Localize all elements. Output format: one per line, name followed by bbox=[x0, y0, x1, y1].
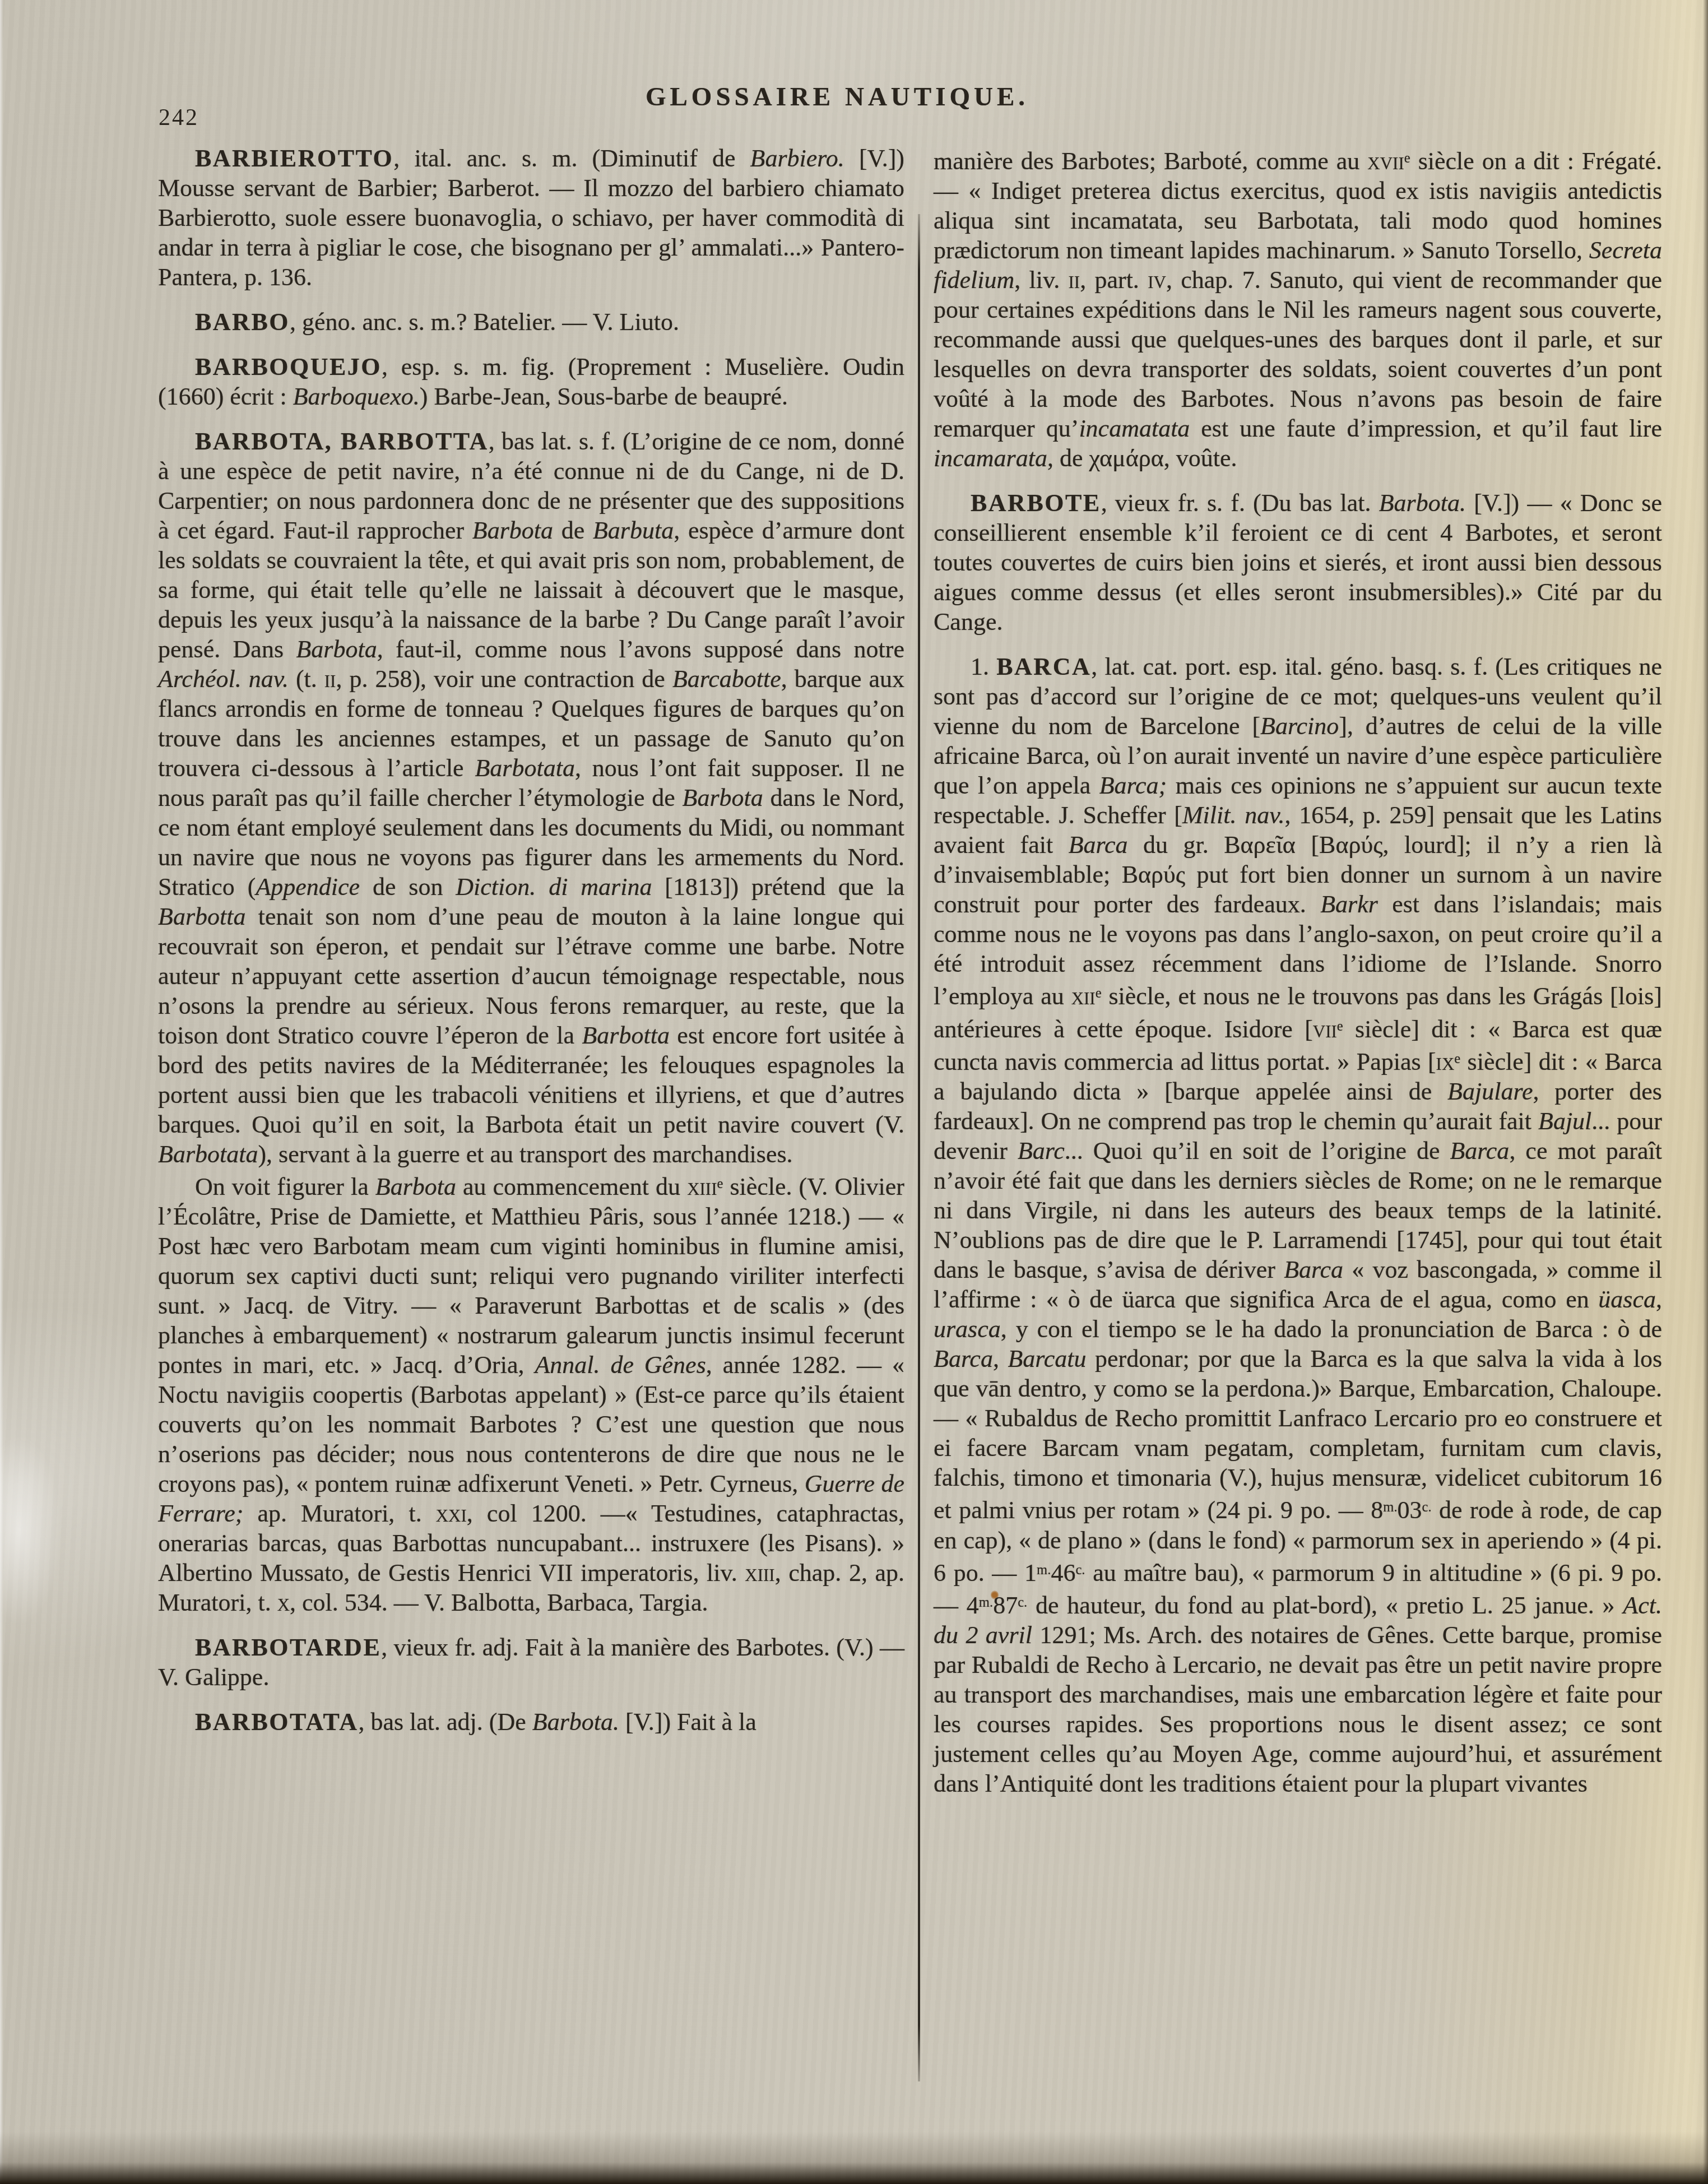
text-segment: Barbota bbox=[375, 1173, 456, 1200]
text-segment: Barkr bbox=[1320, 891, 1378, 918]
text-segment: Barcabotte bbox=[672, 665, 781, 693]
text-segment: xxi bbox=[436, 1500, 467, 1527]
text-segment: e bbox=[1096, 986, 1102, 1001]
text-segment: Barboquexo. bbox=[293, 383, 420, 410]
text-segment: siècle. (V. Olivier l’Écolâtre, Prise de… bbox=[158, 1173, 904, 1379]
text-segment: vii bbox=[1313, 1016, 1337, 1043]
text-segment: xiii bbox=[687, 1173, 717, 1200]
text-segment: 87 bbox=[993, 1592, 1018, 1619]
text-segment: iv bbox=[1148, 266, 1166, 294]
text-segment: Diction. di marina bbox=[456, 873, 652, 901]
text-segment: ii bbox=[1068, 266, 1080, 294]
text-segment: au commencement du bbox=[456, 1173, 687, 1200]
entry-barca: 1. BARCA, lat. cat. port. esp. ital. gén… bbox=[934, 652, 1662, 1798]
text-segment: xii bbox=[1071, 983, 1096, 1010]
text-segment: Barbota. bbox=[1379, 489, 1466, 517]
text-segment: ), servant à la guerre et au transport d… bbox=[258, 1140, 792, 1168]
text-segment: , ital. anc. s. m. (Diminutif de bbox=[393, 145, 750, 172]
text-segment: üasca bbox=[1598, 1286, 1656, 1313]
text-segment: ) Barbe-Jean, Sous-barbe de beaupré. bbox=[420, 383, 788, 410]
left-text-column: BARBIEROTTO, ital. anc. s. m. (Diminutif… bbox=[158, 143, 904, 1737]
text-segment: , bbox=[1656, 1286, 1662, 1313]
entry-barbote: BARBOTE, vieux fr. s. f. (Du bas lat. Ba… bbox=[934, 488, 1662, 637]
text-segment: , faut-il, comme nous l’avons supposé da… bbox=[377, 636, 904, 663]
text-segment: Annal. de Gênes bbox=[535, 1351, 706, 1379]
text-segment: Barca bbox=[1450, 1137, 1509, 1165]
entry-headword: BARBOTATA bbox=[195, 1708, 358, 1736]
text-segment: Barcatu bbox=[1008, 1345, 1086, 1372]
text-segment: Appendice bbox=[256, 873, 360, 901]
text-segment: m. bbox=[1383, 1500, 1397, 1515]
running-header-title: GLOSSAIRE NAUTIQUE. bbox=[0, 82, 1674, 112]
text-segment: , géno. anc. s. m.? Batelier. — V. Liuto… bbox=[290, 308, 679, 336]
column-divider-rule bbox=[918, 214, 920, 2081]
text-segment: incamarata bbox=[934, 444, 1047, 472]
entry-barbierotto: BARBIEROTTO, ital. anc. s. m. (Diminutif… bbox=[158, 143, 904, 292]
text-segment: Barca bbox=[1284, 1256, 1343, 1283]
entry-headword: BARCA bbox=[996, 653, 1091, 680]
text-segment: e bbox=[717, 1176, 723, 1191]
text-segment: , p. 258), voir une contraction de bbox=[336, 665, 672, 693]
text-segment: Barca bbox=[1069, 831, 1128, 859]
text-segment: de son bbox=[360, 873, 456, 901]
text-segment: Barbotta bbox=[158, 903, 245, 930]
entry-headword: BARBOTA, BARBOTTA bbox=[195, 428, 489, 455]
text-segment: , vieux fr. s. f. (Du bas lat. bbox=[1101, 489, 1379, 517]
text-segment: , bas lat. adj. (De bbox=[358, 1708, 532, 1736]
text-segment: de hauteur, du fond au plat-bord), « pre… bbox=[1027, 1592, 1623, 1619]
text-segment: x bbox=[277, 1589, 290, 1616]
text-segment: , part. bbox=[1080, 266, 1148, 294]
entry-barbota-barbotta: BARBOTA, BARBOTTA, bas lat. s. f. (L’ori… bbox=[158, 426, 904, 1169]
text-segment: Barbota. bbox=[532, 1708, 619, 1736]
text-segment: c. bbox=[1075, 1562, 1085, 1578]
text-segment: Bajulare bbox=[1447, 1078, 1533, 1105]
paper-light-stain bbox=[0, 1435, 62, 1625]
text-segment: Barcino bbox=[1260, 712, 1339, 740]
text-segment: 03 bbox=[1398, 1497, 1422, 1524]
text-segment: ap. Muratori, t. bbox=[243, 1500, 435, 1527]
text-segment: Barca; bbox=[1099, 772, 1167, 799]
text-segment: , liv. bbox=[1014, 266, 1068, 294]
text-segment: (t. bbox=[289, 665, 324, 693]
entry-headword: BARBOTE bbox=[971, 489, 1101, 517]
text-segment: Barbotata bbox=[475, 754, 574, 782]
text-segment: Barc bbox=[1018, 1137, 1065, 1165]
entry-barbotata: BARBOTATA, bas lat. adj. (De Barbota. [V… bbox=[158, 1707, 904, 1737]
entry-barbo: BARBO, géno. anc. s. m.? Batelier. — V. … bbox=[158, 307, 904, 337]
text-segment: ix bbox=[1436, 1048, 1455, 1075]
text-segment: [1813]) prétend que la bbox=[652, 873, 904, 901]
text-segment: urasca bbox=[934, 1315, 1001, 1343]
text-segment: , bbox=[993, 1345, 1008, 1372]
text-segment: , y con el tiempo se le ha dado la pronu… bbox=[1001, 1315, 1662, 1343]
text-segment: Milit. nav. bbox=[1182, 801, 1285, 829]
text-segment: Barbuta bbox=[593, 517, 674, 544]
text-segment: On voit figurer la bbox=[195, 1173, 375, 1200]
paragraph-barbota-citations: On voit figurer la Barbota au commenceme… bbox=[158, 1169, 904, 1617]
text-segment: xvii bbox=[1367, 147, 1404, 175]
text-segment: Barbiero. bbox=[750, 145, 844, 172]
text-segment: de bbox=[553, 517, 593, 544]
entry-barbotarde: BARBOTARDE, vieux fr. adj. Fait à la man… bbox=[158, 1633, 904, 1692]
text-segment: ii bbox=[324, 665, 336, 693]
text-segment: m. bbox=[1037, 1562, 1051, 1578]
paragraph-barbotata-continuation: manière des Barbotes; Barboté, comme au … bbox=[934, 143, 1662, 473]
text-segment: Barbotta bbox=[582, 1022, 669, 1049]
text-segment: Bajul bbox=[1538, 1107, 1591, 1135]
text-segment: e bbox=[1454, 1051, 1460, 1067]
text-segment: , col. 534. — V. Balbotta, Barbaca, Targ… bbox=[290, 1589, 708, 1616]
text-segment: 1. bbox=[971, 653, 996, 680]
entry-headword: BARBIEROTTO bbox=[195, 145, 393, 172]
text-segment: est une faute d’impression, et qu’il fau… bbox=[1190, 415, 1662, 442]
text-segment: Barbota bbox=[472, 517, 553, 544]
right-text-column: manière des Barbotes; Barboté, comme au … bbox=[934, 143, 1662, 1798]
text-segment: c. bbox=[1422, 1500, 1432, 1515]
text-segment: xiii bbox=[745, 1559, 774, 1587]
text-segment: Barbota bbox=[683, 784, 763, 812]
text-segment: [V.]) Fait à la bbox=[619, 1708, 756, 1736]
text-segment: 46 bbox=[1051, 1559, 1075, 1587]
text-segment: incamatata bbox=[1079, 415, 1190, 442]
text-segment: e bbox=[1337, 1019, 1343, 1034]
text-segment: c. bbox=[1018, 1595, 1027, 1610]
text-segment: Barca bbox=[934, 1345, 993, 1372]
entry-headword: BARBOTARDE bbox=[195, 1634, 381, 1661]
text-segment: e bbox=[1404, 151, 1410, 166]
scanned-book-page: 242 GLOSSAIRE NAUTIQUE. BARBIEROTTO, ita… bbox=[0, 0, 1708, 2184]
text-segment: 1291; Ms. Arch. des notaires de Gênes. C… bbox=[934, 1621, 1662, 1797]
text-segment: Archéol. nav. bbox=[158, 665, 289, 693]
text-segment: , de χαμάρα, voûte. bbox=[1047, 444, 1237, 472]
text-segment: ... Quoi qu’il en soit de l’origine de bbox=[1065, 1137, 1450, 1165]
text-segment: manière des Barbotes; Barboté, comme au bbox=[934, 147, 1367, 175]
text-segment: Barbota bbox=[296, 636, 377, 663]
entry-barboquejo: BARBOQUEJO, esp. s. m. fig. (Proprement … bbox=[158, 352, 904, 411]
entry-headword: BARBOQUEJO bbox=[195, 353, 382, 381]
text-segment: Barbotata bbox=[158, 1140, 258, 1168]
text-segment: m. bbox=[979, 1595, 993, 1610]
entry-headword: BARBO bbox=[195, 308, 290, 336]
